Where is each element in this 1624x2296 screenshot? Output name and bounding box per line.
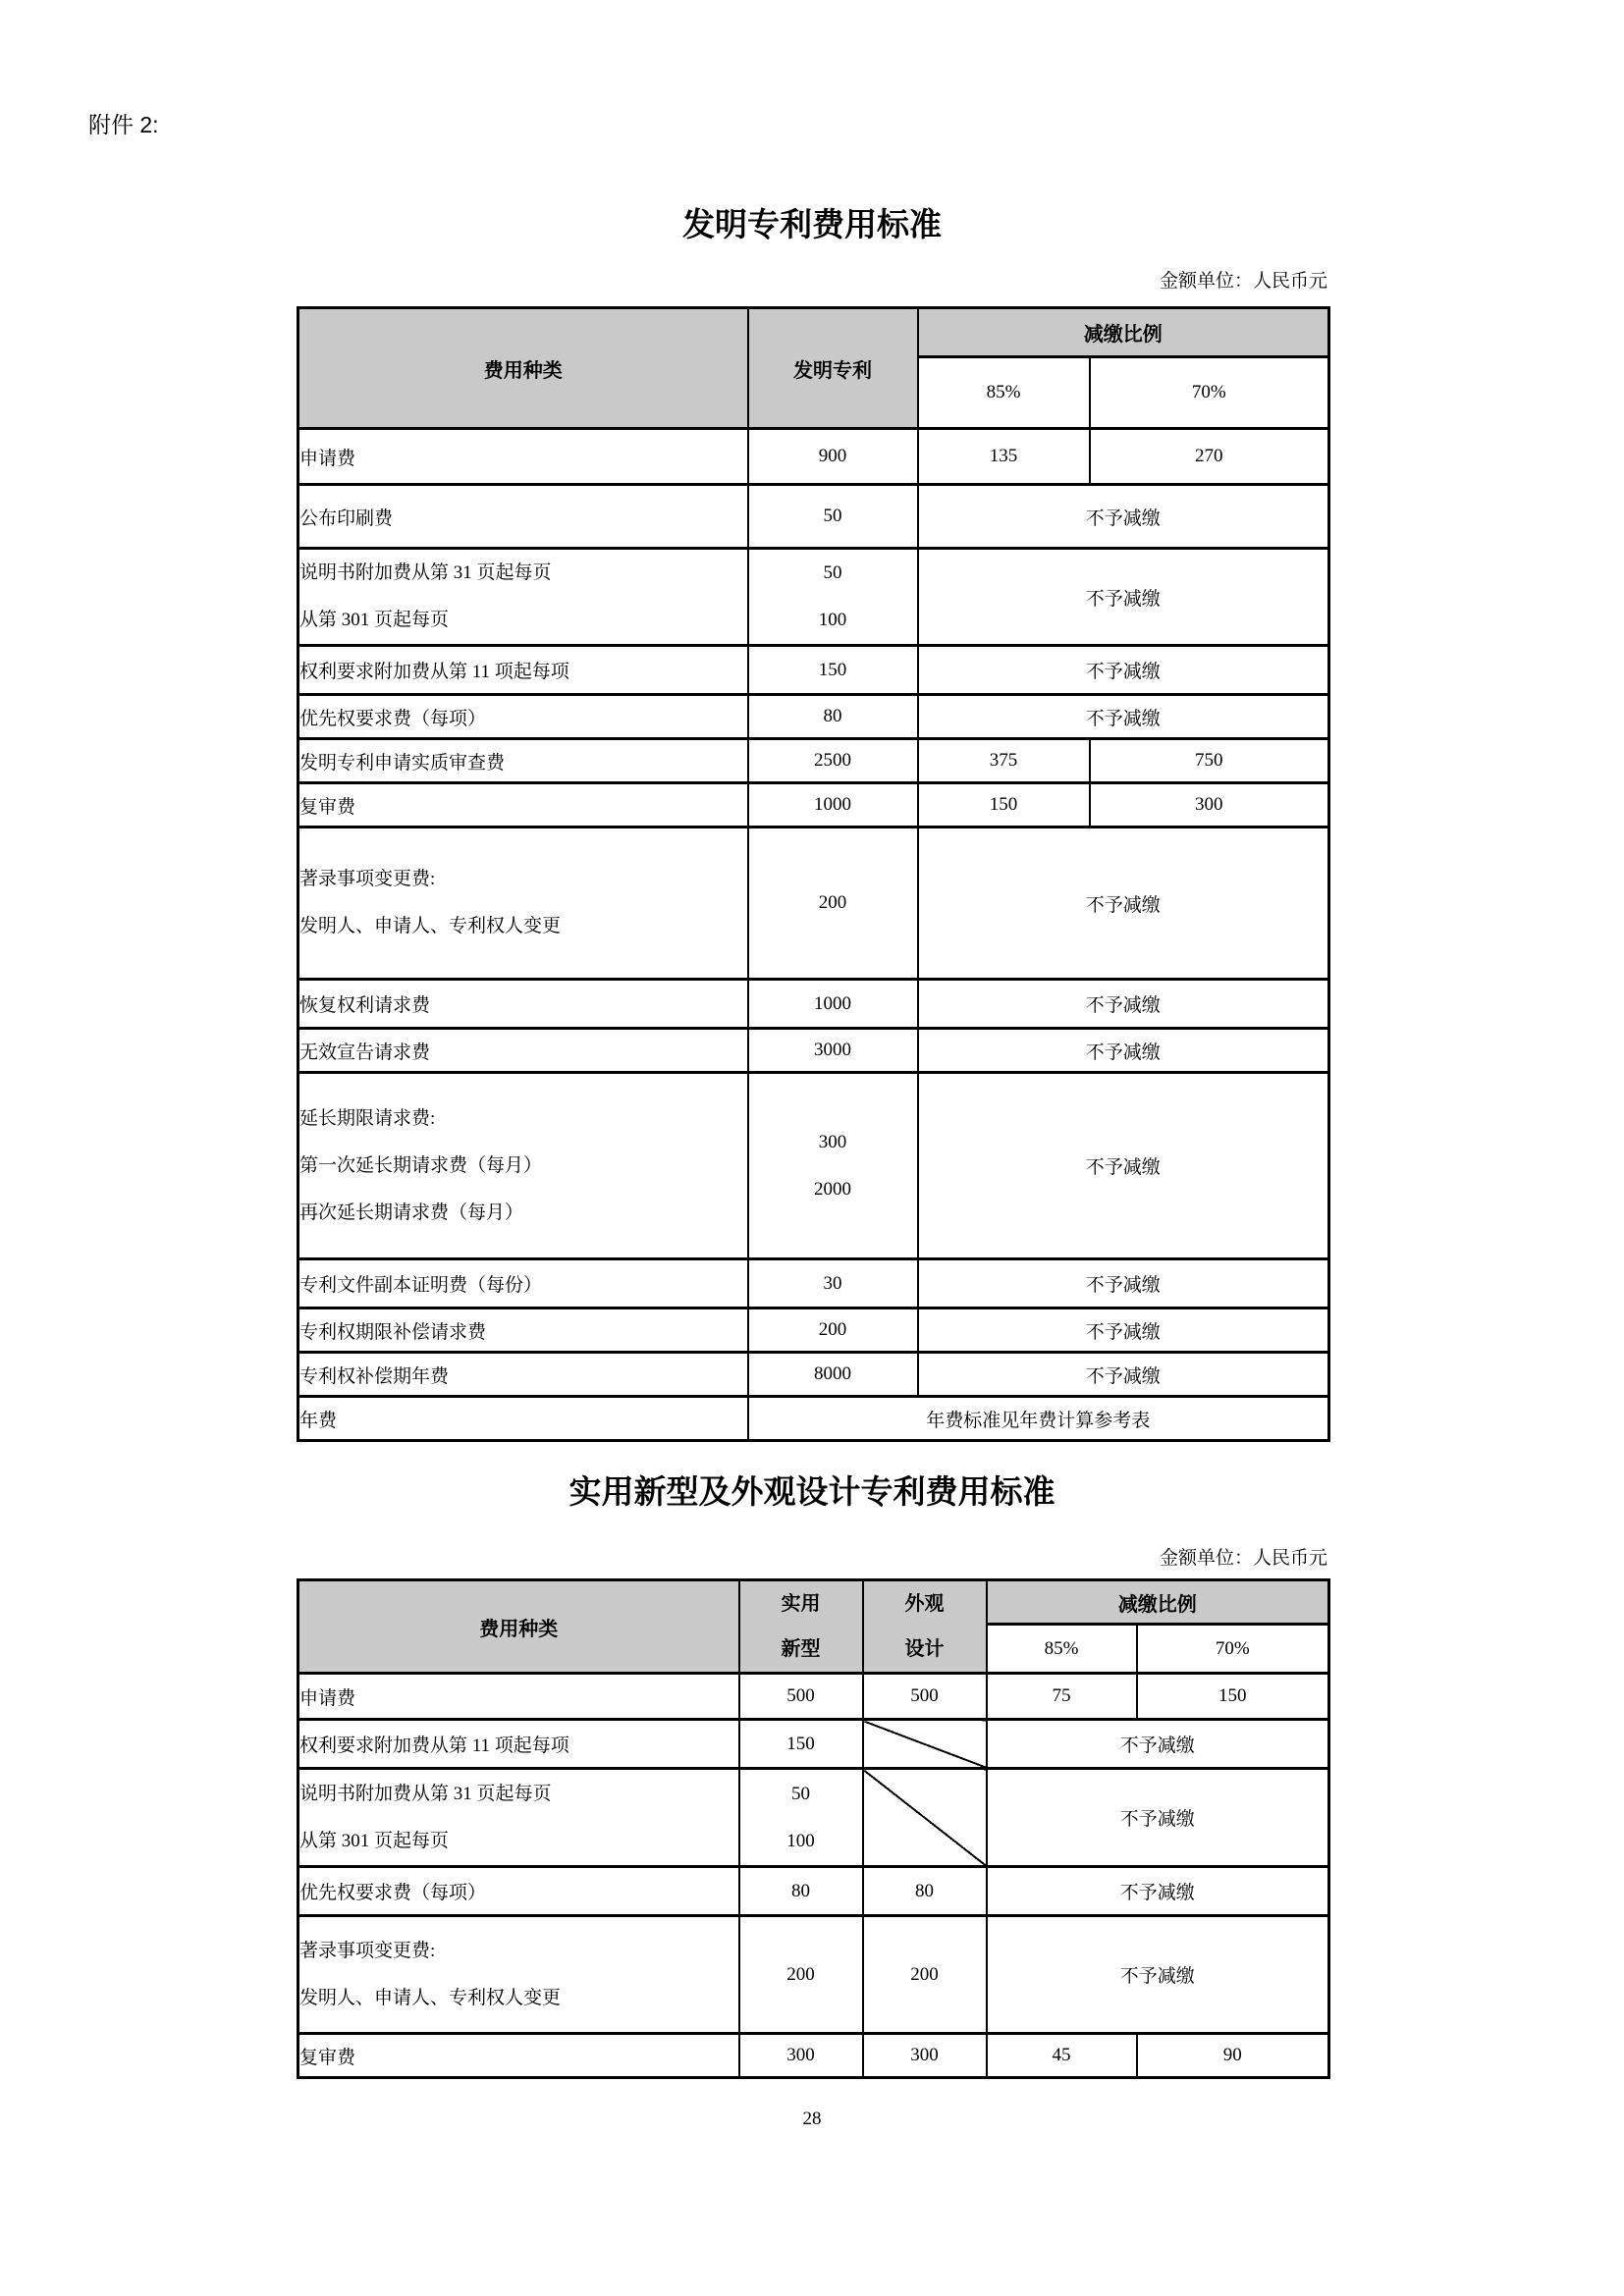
table-row: 复审费 1000 150 300 (298, 783, 1329, 828)
fee-value-cell: 30 (748, 1259, 918, 1308)
no-reduction-cell: 不予减缴 (918, 1073, 1329, 1259)
fee-type-cell: 说明书附加费从第 31 页起每页 从第 301 页起每页 (298, 549, 748, 646)
no-reduction-cell: 不予减缴 (918, 549, 1329, 646)
fee-type-line: 发明人、申请人、专利权人变更 (299, 1975, 738, 2022)
reduction-85-cell: 150 (918, 783, 1090, 828)
diagonal-slash-cell (863, 1720, 987, 1769)
fee-value-cell: 80 (748, 695, 918, 739)
no-reduction-cell: 不予减缴 (987, 1916, 1329, 2034)
utility-fee-cell: 500 (739, 1674, 863, 1720)
fee-value-cell: 50 100 (748, 549, 918, 646)
utility-fee-cell: 50 100 (739, 1769, 863, 1867)
table2-title: 实用新型及外观设计专利费用标准 (0, 1471, 1624, 1515)
table-row: 专利文件副本证明费（每份） 30 不予减缴 (298, 1259, 1329, 1308)
table-row: 说明书附加费从第 31 页起每页 从第 301 页起每页 50 100 不予减缴 (298, 1769, 1329, 1867)
utility-fee-cell: 200 (739, 1916, 863, 2034)
fee-type-line: 发明人、申请人、专利权人变更 (299, 903, 747, 950)
design-fee-cell: 80 (863, 1867, 987, 1916)
header-utility-model: 实用 新型 (739, 1580, 863, 1674)
fee-value-cell: 3000 (748, 1029, 918, 1073)
fee-type-line: 著录事项变更费: (299, 1928, 738, 1975)
fee-type-cell: 著录事项变更费: 发明人、申请人、专利权人变更 (298, 828, 748, 980)
table-row: 权利要求附加费从第 11 项起每项 150 不予减缴 (298, 1720, 1329, 1769)
reduction-70-cell: 150 (1137, 1674, 1329, 1720)
reduction-85-cell: 45 (987, 2034, 1137, 2078)
no-reduction-cell: 不予减缴 (918, 1308, 1329, 1353)
fee-type-line: 从第 301 页起每页 (299, 1818, 738, 1865)
fee-type-cell: 恢复权利请求费 (298, 980, 748, 1029)
design-fee-cell: 200 (863, 1916, 987, 2034)
fee-value-cell: 1000 (748, 783, 918, 828)
table-row: 权利要求附加费从第 11 项起每项 150 不予减缴 (298, 646, 1329, 695)
table-row: 说明书附加费从第 31 页起每页 从第 301 页起每页 50 100 不予减缴 (298, 549, 1329, 646)
fee-type-cell: 优先权要求费（每项） (298, 695, 748, 739)
fee-value-cell: 200 (748, 828, 918, 980)
annual-fee-note-cell: 年费标准见年费计算参考表 (748, 1397, 1329, 1441)
fee-type-line: 说明书附加费从第 31 页起每页 (299, 1771, 738, 1818)
no-reduction-cell: 不予减缴 (918, 980, 1329, 1029)
table-row: 专利权补偿期年费 8000 不予减缴 (298, 1353, 1329, 1397)
table-row: 申请费 900 135 270 (298, 429, 1329, 485)
header-ratio-85: 85% (987, 1625, 1137, 1674)
fee-value-cell: 50 (748, 485, 918, 549)
fee-type-cell: 发明专利申请实质审查费 (298, 739, 748, 783)
no-reduction-cell: 不予减缴 (918, 1029, 1329, 1073)
no-reduction-cell: 不予减缴 (987, 1769, 1329, 1867)
fee-type-cell: 复审费 (298, 783, 748, 828)
fee-type-cell: 优先权要求费（每项） (298, 1867, 739, 1916)
utility-design-fee-table: 费用种类 实用 新型 外观 设计 减缴比例 85% 70% 申 (297, 1578, 1330, 2079)
header-reduction-ratio: 减缴比例 (918, 308, 1329, 357)
header-utility-model-line: 新型 (740, 1627, 862, 1672)
fee-type-line: 从第 301 页起每页 (299, 597, 747, 644)
no-reduction-cell: 不予减缴 (987, 1720, 1329, 1769)
fee-type-cell: 申请费 (298, 429, 748, 485)
fee-type-line: 延长期限请求费: (299, 1095, 747, 1143)
fee-value-cell: 200 (748, 1308, 918, 1353)
reduction-70-cell: 90 (1137, 2034, 1329, 2078)
header-design-line: 设计 (864, 1627, 986, 1672)
no-reduction-cell: 不予减缴 (987, 1867, 1329, 1916)
design-fee-cell: 300 (863, 2034, 987, 2078)
header-reduction-ratio: 减缴比例 (987, 1580, 1329, 1625)
reduction-85-cell: 135 (918, 429, 1090, 485)
fee-type-line: 说明书附加费从第 31 页起每页 (299, 550, 747, 597)
table2-unit-note: 金额单位：人民币元 (297, 1546, 1327, 1572)
fee-type-cell: 专利权期限补偿请求费 (298, 1308, 748, 1353)
reduction-70-cell: 270 (1090, 429, 1329, 485)
fee-value-line: 50 (749, 550, 917, 597)
table-row: 恢复权利请求费 1000 不予减缴 (298, 980, 1329, 1029)
table-row: 年费 年费标准见年费计算参考表 (298, 1397, 1329, 1441)
table-row: 著录事项变更费: 发明人、申请人、专利权人变更 200 200 不予减缴 (298, 1916, 1329, 2034)
fee-value-line: 2000 (749, 1166, 917, 1213)
fee-value-cell: 150 (748, 646, 918, 695)
table-row: 公布印刷费 50 不予减缴 (298, 485, 1329, 549)
no-reduction-cell: 不予减缴 (918, 695, 1329, 739)
table1-title: 发明专利费用标准 (0, 204, 1624, 247)
fee-value-cell: 8000 (748, 1353, 918, 1397)
table1-section: 金额单位：人民币元 费用种类 发明专利 减缴比例 85% 70% 申请费 900 (297, 269, 1327, 1442)
diagonal-slash-cell (863, 1769, 987, 1867)
utility-fee-cell: 150 (739, 1720, 863, 1769)
table-row: 发明专利申请实质审查费 2500 375 750 (298, 739, 1329, 783)
header-fee-type: 费用种类 (298, 1580, 739, 1674)
fee-value-line: 50 (740, 1771, 862, 1818)
fee-value-cell: 2500 (748, 739, 918, 783)
attachment-label: 附件 2: (88, 0, 1624, 139)
design-fee-cell: 500 (863, 1674, 987, 1720)
header-fee-type: 费用种类 (298, 308, 748, 429)
table-row: 专利权期限补偿请求费 200 不予减缴 (298, 1308, 1329, 1353)
fee-type-cell: 延长期限请求费: 第一次延长期请求费（每月） 再次延长期请求费（每月） (298, 1073, 748, 1259)
header-ratio-85: 85% (918, 357, 1090, 429)
table-row: 无效宣告请求费 3000 不予减缴 (298, 1029, 1329, 1073)
fee-type-cell: 权利要求附加费从第 11 项起每项 (298, 1720, 739, 1769)
fee-type-line: 第一次延长期请求费（每月） (299, 1143, 747, 1190)
no-reduction-cell: 不予减缴 (918, 485, 1329, 549)
fee-type-cell: 专利文件副本证明费（每份） (298, 1259, 748, 1308)
fee-type-line: 再次延长期请求费（每月） (299, 1190, 747, 1237)
table-row: 著录事项变更费: 发明人、申请人、专利权人变更 200 不予减缴 (298, 828, 1329, 980)
fee-type-cell: 公布印刷费 (298, 485, 748, 549)
page-number: 28 (0, 2107, 1624, 2132)
no-reduction-cell: 不予减缴 (918, 1259, 1329, 1308)
fee-value-line: 300 (749, 1119, 917, 1166)
utility-fee-cell: 80 (739, 1867, 863, 1916)
table-row: 优先权要求费（每项） 80 不予减缴 (298, 695, 1329, 739)
fee-value-cell: 1000 (748, 980, 918, 1029)
no-reduction-cell: 不予减缴 (918, 828, 1329, 980)
header-design-line: 外观 (864, 1581, 986, 1627)
table-row: 优先权要求费（每项） 80 80 不予减缴 (298, 1867, 1329, 1916)
table-row: 延长期限请求费: 第一次延长期请求费（每月） 再次延长期请求费（每月） 300 … (298, 1073, 1329, 1259)
table-row: 费用种类 发明专利 减缴比例 (298, 308, 1329, 357)
table-row: 费用种类 实用 新型 外观 设计 减缴比例 (298, 1580, 1329, 1625)
reduction-70-cell: 750 (1090, 739, 1329, 783)
fee-type-cell: 无效宣告请求费 (298, 1029, 748, 1073)
fee-value-line: 100 (749, 597, 917, 644)
header-design: 外观 设计 (863, 1580, 987, 1674)
table-row: 申请费 500 500 75 150 (298, 1674, 1329, 1720)
fee-type-cell: 权利要求附加费从第 11 项起每项 (298, 646, 748, 695)
reduction-70-cell: 300 (1090, 783, 1329, 828)
fee-value-cell: 300 2000 (748, 1073, 918, 1259)
fee-value-line: 100 (740, 1818, 862, 1865)
header-ratio-70: 70% (1090, 357, 1329, 429)
table-row: 复审费 300 300 45 90 (298, 2034, 1329, 2078)
header-invention-patent: 发明专利 (748, 308, 918, 429)
fee-type-cell: 说明书附加费从第 31 页起每页 从第 301 页起每页 (298, 1769, 739, 1867)
reduction-85-cell: 375 (918, 739, 1090, 783)
fee-type-cell: 专利权补偿期年费 (298, 1353, 748, 1397)
fee-type-cell: 著录事项变更费: 发明人、申请人、专利权人变更 (298, 1916, 739, 2034)
no-reduction-cell: 不予减缴 (918, 646, 1329, 695)
fee-value-cell: 900 (748, 429, 918, 485)
table1-unit-note: 金额单位：人民币元 (297, 269, 1327, 294)
fee-type-cell: 申请费 (298, 1674, 739, 1720)
header-utility-model-line: 实用 (740, 1581, 862, 1627)
fee-type-line: 著录事项变更费: (299, 856, 747, 903)
header-ratio-70: 70% (1137, 1625, 1329, 1674)
table2-section: 金额单位：人民币元 费用种类 实用 新型 外观 设计 减缴比例 (297, 1546, 1327, 2079)
utility-fee-cell: 300 (739, 2034, 863, 2078)
invention-fee-table: 费用种类 发明专利 减缴比例 85% 70% 申请费 900 135 270 公… (297, 306, 1330, 1442)
document-page: 附件 2: 发明专利费用标准 金额单位：人民币元 费用种类 发明专利 减缴比例 … (0, 0, 1624, 2296)
reduction-85-cell: 75 (987, 1674, 1137, 1720)
fee-type-cell: 年费 (298, 1397, 748, 1441)
no-reduction-cell: 不予减缴 (918, 1353, 1329, 1397)
fee-type-cell: 复审费 (298, 2034, 739, 2078)
